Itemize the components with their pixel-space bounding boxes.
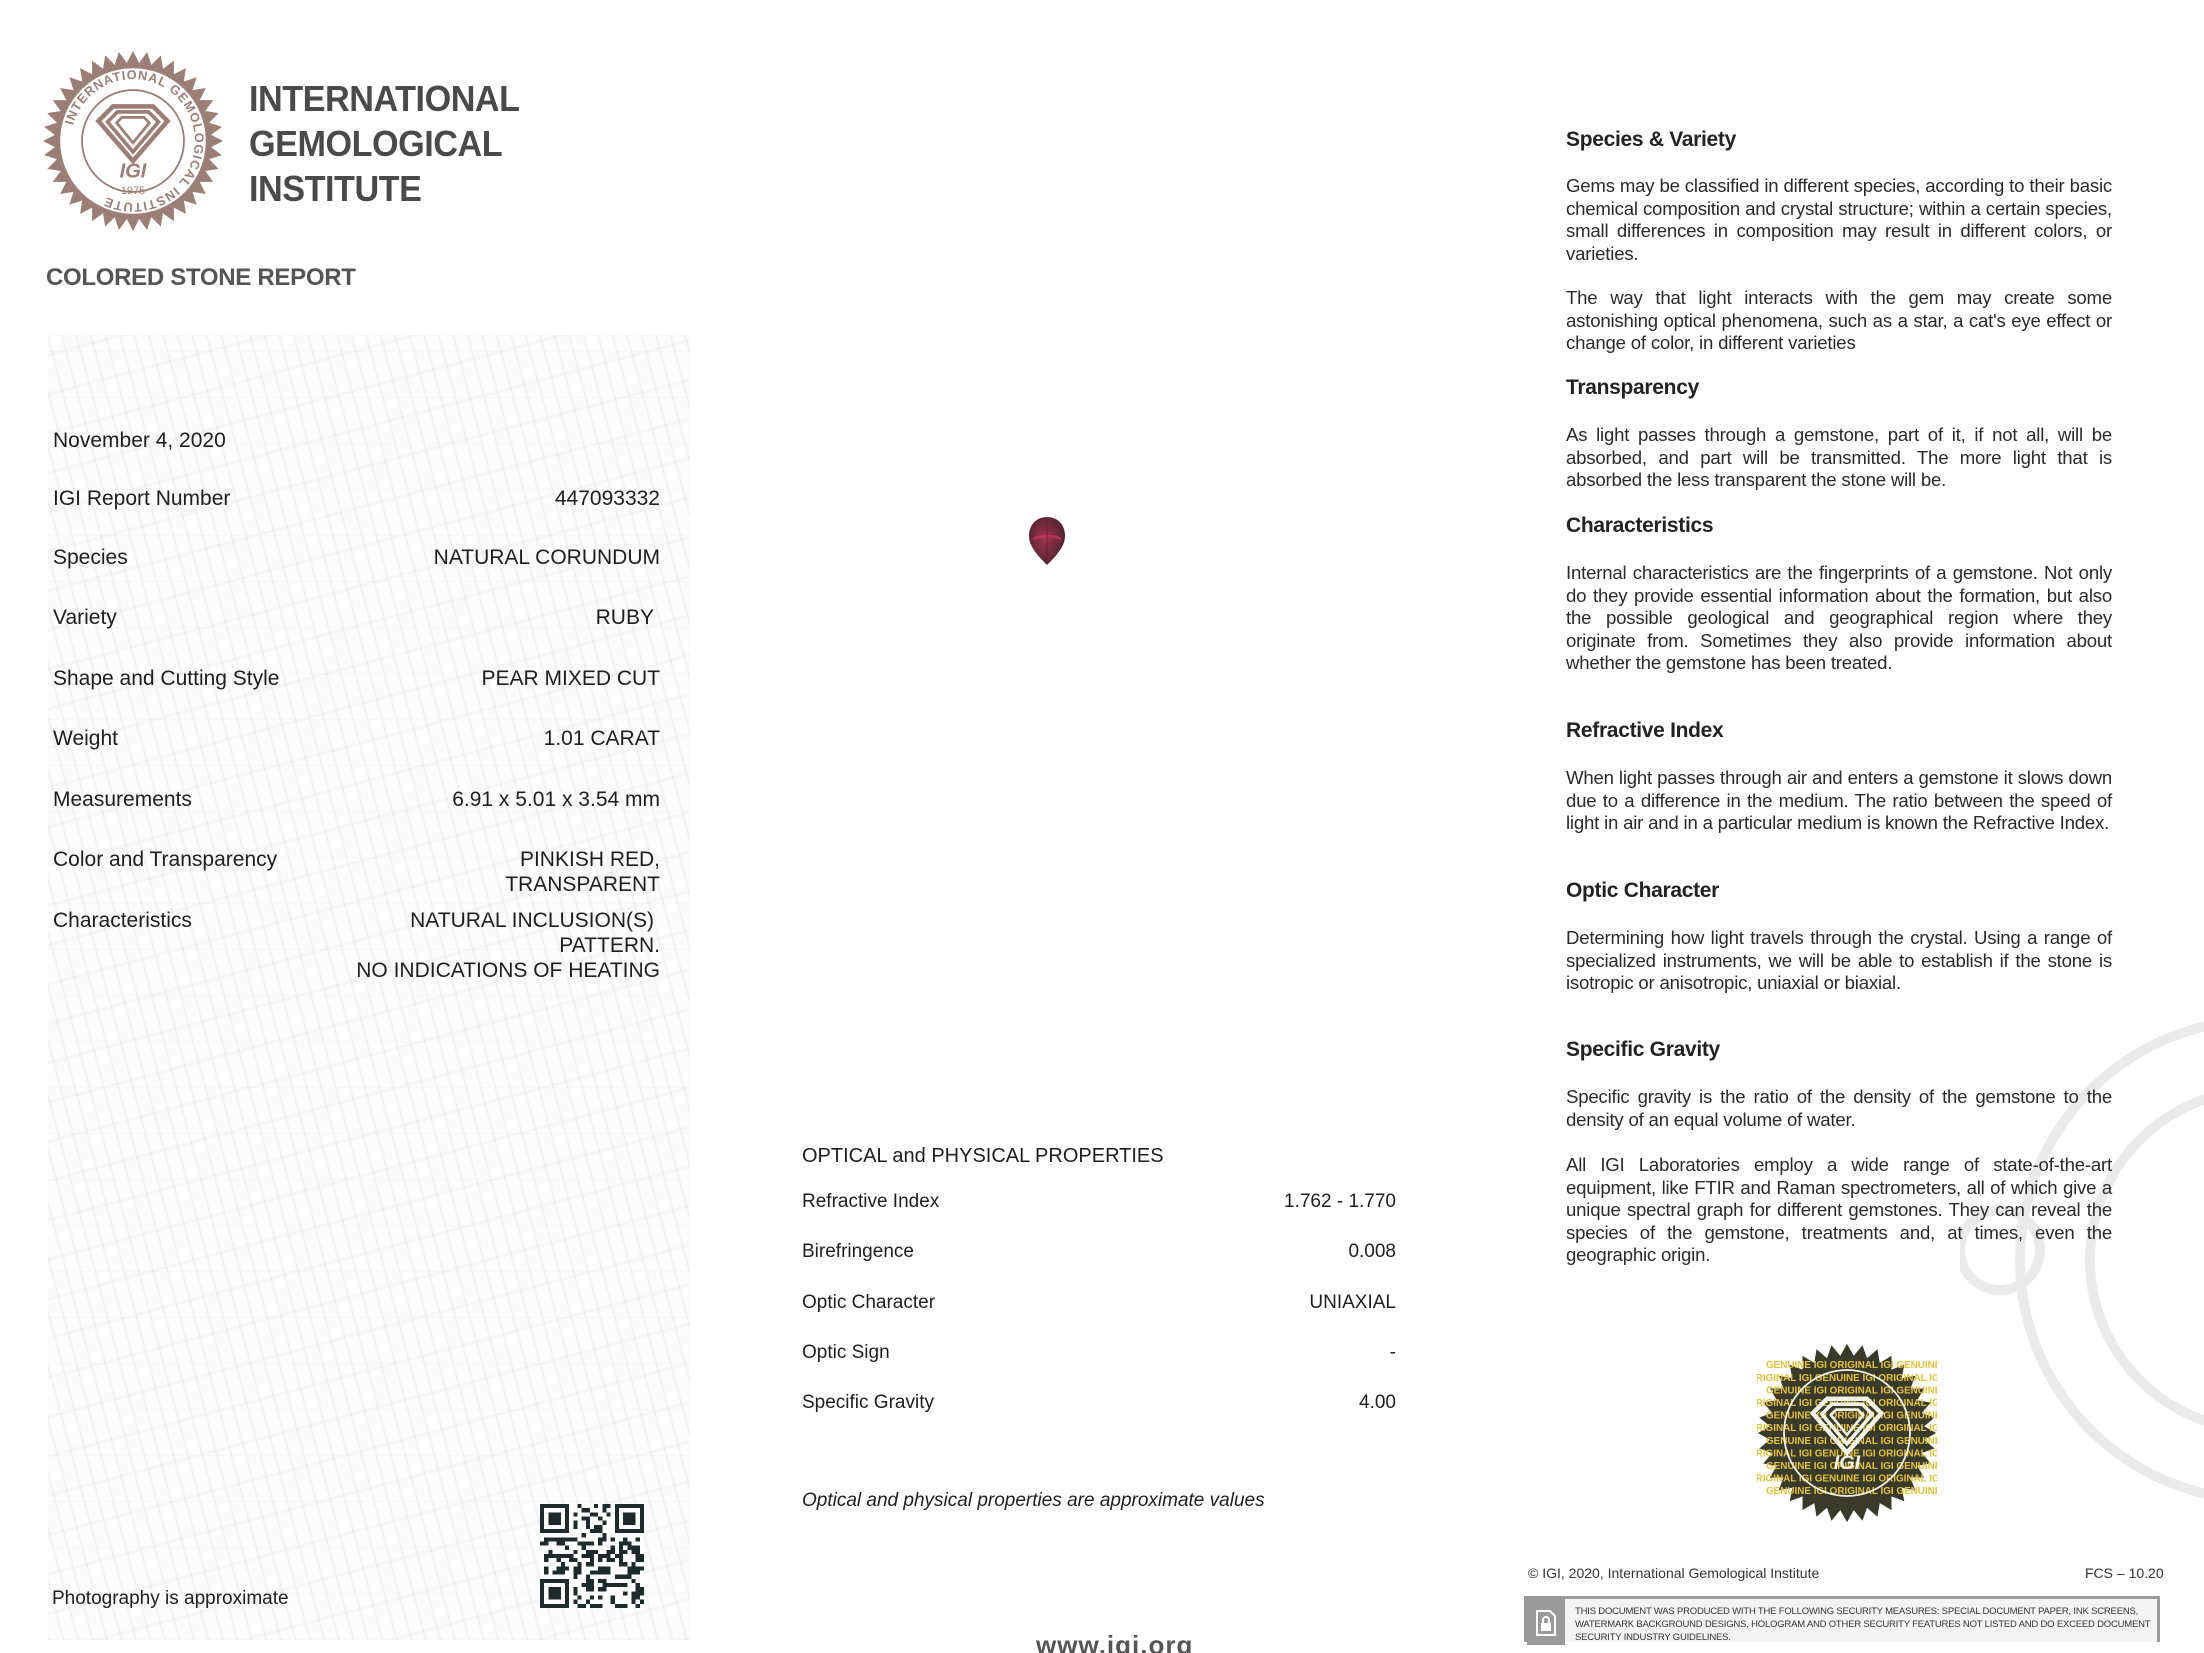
field-value: 1.01 CARAT bbox=[544, 726, 660, 751]
optical-label: Optic Sign bbox=[802, 1341, 890, 1365]
org-name-line: INTERNATIONAL bbox=[249, 76, 520, 121]
form-code: FCS – 10.20 bbox=[2085, 1565, 2164, 1581]
field-label: Species bbox=[53, 545, 128, 570]
section-body: Gems may be classified in different spec… bbox=[1566, 175, 2112, 265]
field-label: Color and Transparency bbox=[53, 847, 277, 872]
security-notice: THIS DOCUMENT WAS PRODUCED WITH THE FOLL… bbox=[1524, 1596, 2160, 1642]
svg-text:1975: 1975 bbox=[121, 185, 145, 197]
section-body: Determining how light travels through th… bbox=[1566, 927, 2112, 995]
field-value: 6.91 x 5.01 x 3.54 mm bbox=[452, 787, 660, 812]
field-value: PATTERN. bbox=[559, 933, 660, 958]
optical-label: Optic Character bbox=[802, 1291, 935, 1315]
report-date-text: November 4, 2020 bbox=[53, 428, 226, 453]
section-body: The way that light interacts with the ge… bbox=[1566, 287, 2112, 355]
svg-text:GENUINE IGI ORIGINAL IGI GENUI: GENUINE IGI ORIGINAL IGI GENUINE IGI ORI… bbox=[1766, 1385, 1937, 1396]
optical-heading: OPTICAL and PHYSICAL PROPERTIES bbox=[802, 1145, 1164, 1168]
section-heading-refractive-index: Refractive Index bbox=[1566, 719, 1723, 743]
section-heading-species-variety: Species & Variety bbox=[1566, 128, 1736, 152]
field-value: NO INDICATIONS OF HEATING bbox=[356, 958, 660, 983]
website-link[interactable]: www.igi.org bbox=[1036, 1630, 1193, 1653]
section-body: As light passes through a gemstone, part… bbox=[1566, 424, 2112, 492]
field-value: RUBY bbox=[596, 605, 654, 630]
field-value: NATURAL CORUNDUM bbox=[434, 545, 660, 570]
optical-value: 0.008 bbox=[1348, 1240, 1396, 1264]
security-pattern-panel bbox=[48, 335, 690, 1640]
field-label: Weight bbox=[53, 726, 118, 751]
security-notice-text: THIS DOCUMENT WAS PRODUCED WITH THE FOLL… bbox=[1575, 1605, 2151, 1644]
svg-text:IGI: IGI bbox=[120, 160, 147, 182]
pear-ruby-photo-icon bbox=[1027, 515, 1067, 567]
org-name-line: INSTITUTE bbox=[249, 166, 520, 211]
optical-value: 1.762 - 1.770 bbox=[1284, 1190, 1396, 1214]
section-body: When light passes through air and enters… bbox=[1566, 767, 2112, 835]
svg-text:ORIGINAL IGI GENUINE IGI ORIGI: ORIGINAL IGI GENUINE IGI ORIGINAL IGI GE… bbox=[1757, 1373, 1937, 1384]
report-type-title: COLORED STONE REPORT bbox=[46, 264, 356, 292]
field-value: 447093332 bbox=[555, 486, 660, 511]
section-body: Specific gravity is the ratio of the den… bbox=[1566, 1086, 2112, 1131]
svg-text:GENUINE IGI ORIGINAL IGI GENUI: GENUINE IGI ORIGINAL IGI GENUINE IGI ORI… bbox=[1766, 1411, 1937, 1422]
section-heading-characteristics: Characteristics bbox=[1566, 514, 1713, 538]
org-name-line: GEMOLOGICAL bbox=[249, 121, 520, 166]
section-heading-optic-character: Optic Character bbox=[1566, 879, 1719, 903]
document-lock-icon bbox=[1527, 1599, 1565, 1645]
igi-seal-logo-icon: INTERNATIONAL GEMOLOGICAL INSTITUTEIGI19… bbox=[42, 50, 224, 232]
optical-label: Specific Gravity bbox=[802, 1391, 934, 1415]
copyright-text: © IGI, 2020, International Gemological I… bbox=[1528, 1565, 1819, 1581]
section-heading-transparency: Transparency bbox=[1566, 376, 1699, 400]
qr-code-icon[interactable] bbox=[540, 1502, 644, 1610]
field-value: TRANSPARENT bbox=[505, 872, 660, 897]
field-value: PINKISH RED, bbox=[520, 847, 660, 872]
svg-text:ORIGINAL IGI GENUINE IGI ORIGI: ORIGINAL IGI GENUINE IGI ORIGINAL IGI GE… bbox=[1757, 1474, 1937, 1485]
field-value: NATURAL INCLUSION(S) bbox=[410, 908, 654, 933]
organization-name: INTERNATIONAL GEMOLOGICAL INSTITUTE bbox=[249, 76, 520, 211]
hologram-seal-icon: GENUINE IGI ORIGINAL IGI GENUINE IGI ORI… bbox=[1757, 1343, 1937, 1523]
field-label: Variety bbox=[53, 605, 117, 630]
field-label: Characteristics bbox=[53, 908, 192, 933]
svg-text:IGI: IGI bbox=[1834, 1452, 1861, 1474]
optical-label: Birefringence bbox=[802, 1240, 914, 1264]
section-body: All IGI Laboratories employ a wide range… bbox=[1566, 1154, 2112, 1267]
optical-value: 4.00 bbox=[1359, 1391, 1396, 1415]
field-label: IGI Report Number bbox=[53, 486, 230, 511]
optical-value: UNIAXIAL bbox=[1309, 1291, 1396, 1315]
section-body: Internal characteristics are the fingerp… bbox=[1566, 562, 2112, 675]
field-label: Shape and Cutting Style bbox=[53, 666, 280, 691]
optical-value: - bbox=[1390, 1341, 1396, 1365]
field-label: Measurements bbox=[53, 787, 192, 812]
field-value: PEAR MIXED CUT bbox=[481, 666, 660, 691]
section-heading-specific-gravity: Specific Gravity bbox=[1566, 1038, 1720, 1062]
photography-note: Photography is approximate bbox=[52, 1588, 289, 1610]
approximate-values-note: Optical and physical properties are appr… bbox=[802, 1490, 1265, 1512]
optical-label: Refractive Index bbox=[802, 1190, 939, 1214]
